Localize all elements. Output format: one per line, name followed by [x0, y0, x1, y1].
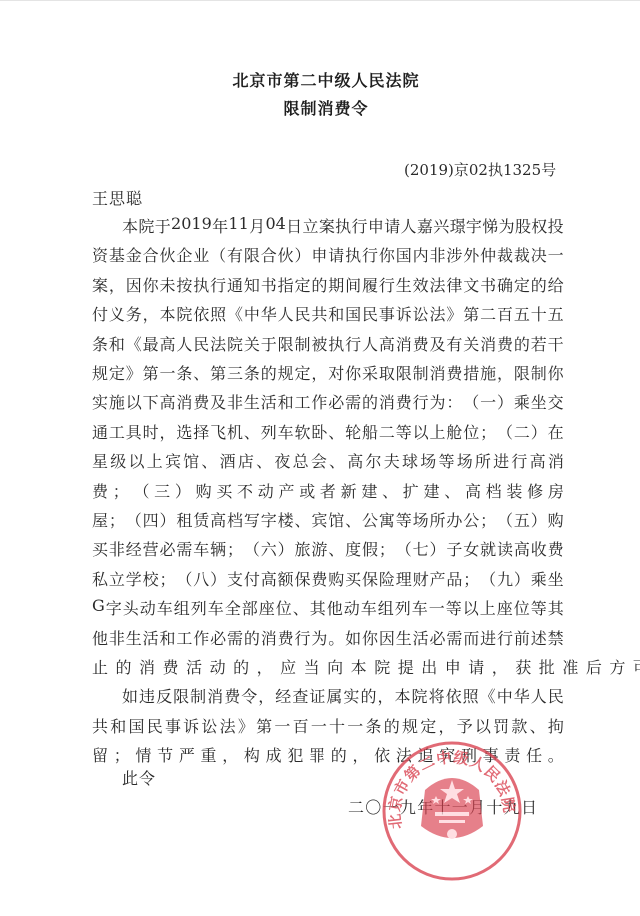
issue-date: 二〇一九年十一月十九日 [348, 795, 538, 818]
case-number: (2019)京02执1325号 [404, 159, 556, 180]
page-top-border [0, 0, 640, 1]
body-line: 私立学校；（八）支付高额保费购买保险理财产品；（九）乘坐 [92, 567, 564, 589]
body-line: 资基金合伙企业（有限合伙）申请执行你国内非涉外仲裁裁决一 [92, 243, 564, 265]
body-line: 留；情节严重，构成犯罪的，依法追究刑事责任。 [92, 743, 564, 765]
body-line: 条和《最高人民法院关于限制被执行人高消费及有关消费的若干 [92, 332, 564, 354]
body-line: 本院于2019年11月04日立案执行申请人嘉兴璟宇悌为股权投 [122, 214, 564, 236]
closing-phrase: 此令 [122, 766, 156, 789]
body-line: 他非生活和工作必需的消费行为。如你因生活必需而进行前述禁 [92, 626, 564, 648]
body-line: 实施以下高消费及非生活和工作必需的消费行为：（一）乘坐交 [92, 390, 564, 412]
body-line: 买非经营必需车辆；（六）旅游、度假；（七）子女就读高收费 [92, 537, 564, 559]
addressee-name: 王思聪 [92, 186, 143, 209]
body-line: 付义务，本院依照《中华人民共和国民事诉讼法》第二百五十五 [92, 302, 564, 324]
body-line: 星级以上宾馆、酒店、夜总会、高尔夫球场等场所进行高消 [92, 449, 564, 471]
court-name-title: 北京市第二中级人民法院 [0, 68, 640, 91]
body-line: 如违反限制消费令，经查证属实的，本院将依照《中华人民 [122, 684, 564, 706]
body-line: G字头动车组列车全部座位、其他动车组列车一等以上座位等其 [92, 596, 564, 618]
body-line: 规定》第一条、第三条的规定，对你采取限制消费措施，限制你 [92, 361, 564, 383]
body-line: 费；（三）购买不动产或者新建、扩建、高档装修房 [92, 479, 564, 501]
body-line: 共和国民事诉讼法》第一百一十一条的规定，予以罚款、拘 [92, 714, 564, 736]
body-line: 止的消费活动的，应当向本院提出申请，获批准后方可进行。 [92, 655, 564, 677]
order-title: 限制消费令 [0, 96, 640, 119]
body-line: 通工具时，选择飞机、列车软卧、轮船二等以上舱位；（二）在 [92, 420, 564, 442]
body-line: 案，因你未按执行通知书指定的期间履行生效法律文书确定的给 [92, 273, 564, 295]
body-line: 屋；（四）租赁高档写字楼、宾馆、公寓等场所办公；（五）购 [92, 508, 564, 530]
